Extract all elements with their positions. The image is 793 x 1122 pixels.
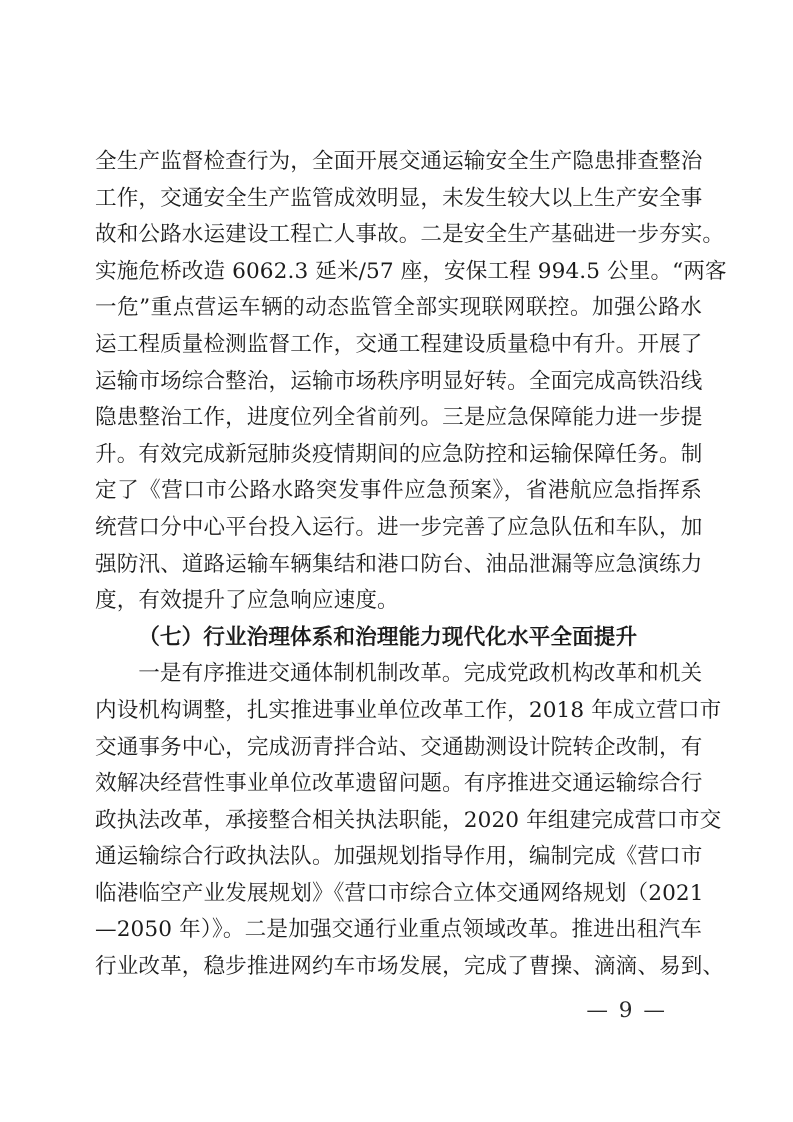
text-line: （七）行业治理体系和治理能力现代化水平全面提升 bbox=[95, 620, 702, 657]
text-line: 内设机构调整，扎实推进事业单位改革工作，2018 年成立营口市 bbox=[95, 693, 702, 730]
document-body: 全生产监督检查行为，全面开展交通运输安全生产隐患排查整治工作，交通安全生产监管成… bbox=[95, 144, 702, 986]
text-line: 故和公路水运建设工程亡人事故。二是安全生产基础进一步夯实。 bbox=[95, 217, 702, 254]
text-line: —2050 年）》。二是加强交通行业重点领域改革。推进出租汽车 bbox=[95, 912, 702, 949]
text-line: 运工程质量检测监督工作，交通工程建设质量稳中有升。开展了 bbox=[95, 327, 702, 364]
text-line: 工作，交通安全生产监管成效明显，未发生较大以上生产安全事 bbox=[95, 181, 702, 218]
text-line: 通运输综合行政执法队。加强规划指导作用，编制完成《营口市 bbox=[95, 839, 702, 876]
text-line: 一是有序推进交通体制机制改革。完成党政机构改革和机关 bbox=[95, 656, 702, 693]
page-number: — 9 — bbox=[586, 997, 667, 1025]
text-line: 效解决经营性事业单位改革遗留问题。有序推进交通运输综合行 bbox=[95, 766, 702, 803]
text-line: 全生产监督检查行为，全面开展交通运输安全生产隐患排查整治 bbox=[95, 144, 702, 181]
text-line: 运输市场综合整治，运输市场秩序明显好转。全面完成高铁沿线 bbox=[95, 364, 702, 401]
text-line: 行业改革，稳步推进网约车市场发展，完成了曹操、滴滴、易到、 bbox=[95, 949, 702, 986]
text-line: 实施危桥改造 6062.3 延米/57 座，安保工程 994.5 公里。“两客 bbox=[95, 254, 702, 291]
text-line: 升。有效完成新冠肺炎疫情期间的应急防控和运输保障任务。制 bbox=[95, 437, 702, 474]
text-line: 一危”重点营运车辆的动态监管全部实现联网联控。加强公路水 bbox=[95, 290, 702, 327]
document-page: 全生产监督检查行为，全面开展交通运输安全生产隐患排查整治工作，交通安全生产监管成… bbox=[0, 0, 793, 1122]
text-line: 临港临空产业发展规划》《营口市综合立体交通网络规划（2021 bbox=[95, 876, 702, 913]
text-line: 隐患整治工作，进度位列全省前列。三是应急保障能力进一步提 bbox=[95, 400, 702, 437]
text-line: 定了《营口市公路水路突发事件应急预案》，省港航应急指挥系 bbox=[95, 473, 702, 510]
text-line: 交通事务中心，完成沥青拌合站、交通勘测设计院转企改制，有 bbox=[95, 730, 702, 767]
text-line: 强防汛、道路运输车辆集结和港口防台、油品泄漏等应急演练力 bbox=[95, 547, 702, 584]
text-line: 统营口分中心平台投入运行。进一步完善了应急队伍和车队，加 bbox=[95, 510, 702, 547]
text-line: 度，有效提升了应急响应速度。 bbox=[95, 583, 702, 620]
text-line: 政执法改革，承接整合相关执法职能，2020 年组建完成营口市交 bbox=[95, 803, 702, 840]
